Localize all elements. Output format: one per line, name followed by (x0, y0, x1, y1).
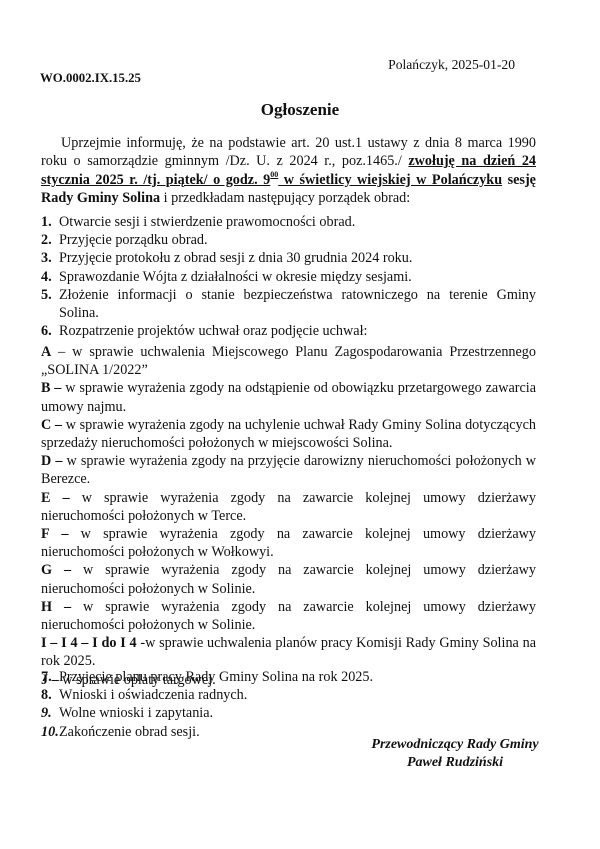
agenda-item: 2.Przyjęcie porządku obrad. (41, 231, 536, 249)
agenda-item: 8.Wnioski i oświadczenia radnych. (41, 686, 536, 704)
signature-block: Przewodniczący Rady Gminy Paweł Rudzińsk… (340, 736, 570, 773)
document-page: Polańczyk, 2025-01-20 WO.0002.IX.15.25 O… (0, 0, 600, 849)
intro-paragraph: Uprzejmie informuję, że na podstawie art… (41, 134, 536, 208)
agenda-item: 6.Rozpatrzenie projektów uchwał oraz pod… (41, 322, 536, 340)
resolution-letter: D – (41, 453, 62, 469)
resolution-text: w sprawie wyrażenia zgody na uchylenie u… (41, 417, 536, 451)
agenda-item-text: Przyjęcie porządku obrad. (59, 231, 536, 249)
resolution-item: F – w sprawie wyrażenia zgody na zawarci… (41, 525, 536, 561)
agenda-item: 7.Przyjęcie planu pracy Rady Gminy Solin… (41, 668, 536, 686)
resolution-text: w sprawie wyrażenia zgody na zawarcie ko… (41, 599, 536, 633)
resolution-text: w sprawie wyrażenia zgody na przyjęcie d… (41, 453, 536, 487)
agenda-item-text: Otwarcie sesji i stwierdzenie prawomocno… (59, 213, 536, 231)
resolution-letter: I – I 4 – I do I 4 (41, 635, 137, 651)
agenda-list-part2: 7.Przyjęcie planu pracy Rady Gminy Solin… (41, 668, 536, 741)
signature-name: Paweł Rudziński (340, 754, 570, 772)
resolution-text: – w sprawie uchwalenia Miejscowego Planu… (41, 344, 536, 378)
agenda-item-number: 8. (41, 686, 59, 704)
agenda-item-number: 2. (41, 231, 59, 249)
agenda-item-text: Wnioski i oświadczenia radnych. (59, 686, 536, 704)
resolution-letter: H – (41, 599, 71, 615)
agenda-item-number: 9. (41, 704, 59, 722)
intro-text-end: i przedkładam następujący porządek obrad… (164, 190, 411, 206)
agenda-item-number: 5. (41, 286, 59, 322)
agenda-item-text: Wolne wnioski i zapytania. (59, 704, 536, 722)
agenda-item-number: 1. (41, 213, 59, 231)
agenda-item-text: Rozpatrzenie projektów uchwał oraz podję… (59, 322, 536, 340)
resolution-letter: G – (41, 562, 71, 578)
resolution-letter: C – (41, 417, 62, 433)
resolution-text: w sprawie wyrażenia zgody na zawarcie ko… (41, 490, 536, 524)
resolution-letter: B – (41, 380, 61, 396)
resolution-item: A – w sprawie uchwalenia Miejscowego Pla… (41, 343, 536, 379)
agenda-item-text: Sprawozdanie Wójta z działalności w okre… (59, 268, 536, 286)
agenda-item-number: 10. (41, 723, 59, 741)
resolution-item: I – I 4 – I do I 4 -w sprawie uchwalenia… (41, 634, 536, 670)
resolution-item: E – w sprawie wyrażenia zgody na zawarci… (41, 489, 536, 525)
place-date: Polańczyk, 2025-01-20 (388, 57, 515, 73)
resolution-text: w sprawie wyrażenia zgody na odstąpienie… (41, 380, 536, 414)
resolution-letter: E – (41, 490, 70, 506)
resolution-letter: F – (41, 526, 68, 542)
agenda-item: 4.Sprawozdanie Wójta z działalności w ok… (41, 268, 536, 286)
agenda-item: 9.Wolne wnioski i zapytania. (41, 704, 536, 722)
resolution-item: B – w sprawie wyrażenia zgody na odstąpi… (41, 379, 536, 415)
agenda-item-number: 4. (41, 268, 59, 286)
agenda-item-number: 7. (41, 668, 59, 686)
reference-number: WO.0002.IX.15.25 (40, 71, 141, 86)
agenda-item-text: Przyjęcie planu pracy Rady Gminy Solina … (59, 668, 536, 686)
agenda-item-number: 6. (41, 322, 59, 340)
resolution-letter: A (41, 344, 51, 360)
agenda-item: 5.Złożenie informacji o stanie bezpiecze… (41, 286, 536, 322)
agenda-list-part1: 1.Otwarcie sesji i stwierdzenie prawomoc… (41, 213, 536, 340)
agenda-item-text: Złożenie informacji o stanie bezpieczeńs… (59, 286, 536, 322)
resolutions-list: A – w sprawie uchwalenia Miejscowego Pla… (41, 343, 536, 689)
agenda-item: 1.Otwarcie sesji i stwierdzenie prawomoc… (41, 213, 536, 231)
resolution-text: w sprawie wyrażenia zgody na zawarcie ko… (41, 562, 536, 596)
resolution-item: G – w sprawie wyrażenia zgody na zawarci… (41, 561, 536, 597)
agenda-item-text: Przyjęcie protokołu z obrad sesji z dnia… (59, 249, 536, 267)
resolution-text: w sprawie wyrażenia zgody na zawarcie ko… (41, 526, 536, 560)
agenda-item: 3.Przyjęcie protokołu z obrad sesji z dn… (41, 249, 536, 267)
agenda-item-number: 3. (41, 249, 59, 267)
signature-role: Przewodniczący Rady Gminy (340, 736, 570, 754)
resolution-item: H – w sprawie wyrażenia zgody na zawarci… (41, 598, 536, 634)
resolution-item: C – w sprawie wyrażenia zgody na uchylen… (41, 416, 536, 452)
convening-place: w świetlicy wiejskiej w Polańczyku (278, 172, 502, 188)
document-title: Ogłoszenie (0, 100, 600, 120)
resolution-item: D – w sprawie wyrażenia zgody na przyjęc… (41, 452, 536, 488)
